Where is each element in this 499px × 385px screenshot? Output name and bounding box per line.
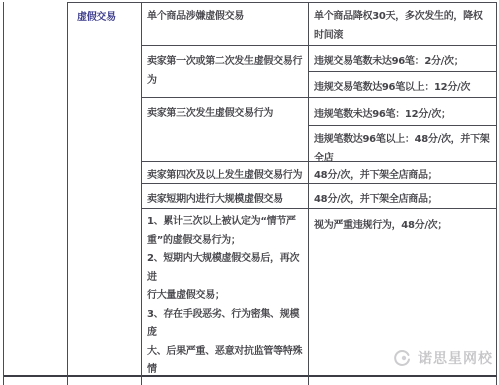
next-row-sliver-cell	[142, 377, 309, 385]
watermark-label: 诺思星网校	[418, 348, 493, 368]
penalty-cell: 单个商品降权30天，多次发生的，降权时间滚 动计算	[309, 2, 497, 46]
violation-desc-cell: 卖家第三次发生虚假交易行为	[142, 98, 309, 162]
watermark-logo-icon	[393, 349, 411, 367]
penalty-cell: 违规交易笔数未达96笔：2分/次；	[309, 46, 497, 72]
violation-desc-cell: 单个商品涉嫌虚假交易	[142, 2, 309, 46]
violation-desc-list-cell: 1、累计三次以上被认定为“情节严 重”的虚假交易行为； 2、短期内大规模虚假交易…	[142, 209, 309, 377]
next-row-sliver-cell	[309, 377, 497, 385]
watermark: 诺思星网校	[393, 348, 493, 368]
violation-category-cell: 虚假交易	[68, 2, 142, 377]
violation-desc-cell: 卖家第一次或第二次发生虚假交易行为	[142, 46, 309, 98]
penalty-cell: 违规交易笔数达96笔以上：12分/次	[309, 72, 497, 98]
violation-desc-cell: 卖家第四次及以上发生虚假交易行为	[142, 162, 309, 184]
screenshot-root: { "colors": { "border": "#4c4c54", "text…	[0, 0, 499, 385]
violation-desc-cell: 卖家短期内进行大规模虚假交易	[142, 184, 309, 209]
penalty-table: 虚假交易 单个商品涉嫌虚假交易 单个商品降权30天，多次发生的，降权时间滚 动计…	[3, 2, 496, 385]
table-top-border	[68, 2, 496, 3]
penalty-cell: 违规笔数达96笔以上：48分/次，并下架全店 商品；	[309, 126, 497, 162]
penalty-cell: 48分/次，并下架全店商品；	[309, 184, 497, 209]
left-spacer-cell	[4, 2, 68, 377]
penalty-cell: 违规笔数未达96笔：12分/次；	[309, 98, 497, 126]
next-row-sliver-cell	[68, 377, 142, 385]
next-row-sliver-cell	[4, 377, 68, 385]
penalty-cell: 48分/次，并下架全店商品；	[309, 162, 497, 184]
